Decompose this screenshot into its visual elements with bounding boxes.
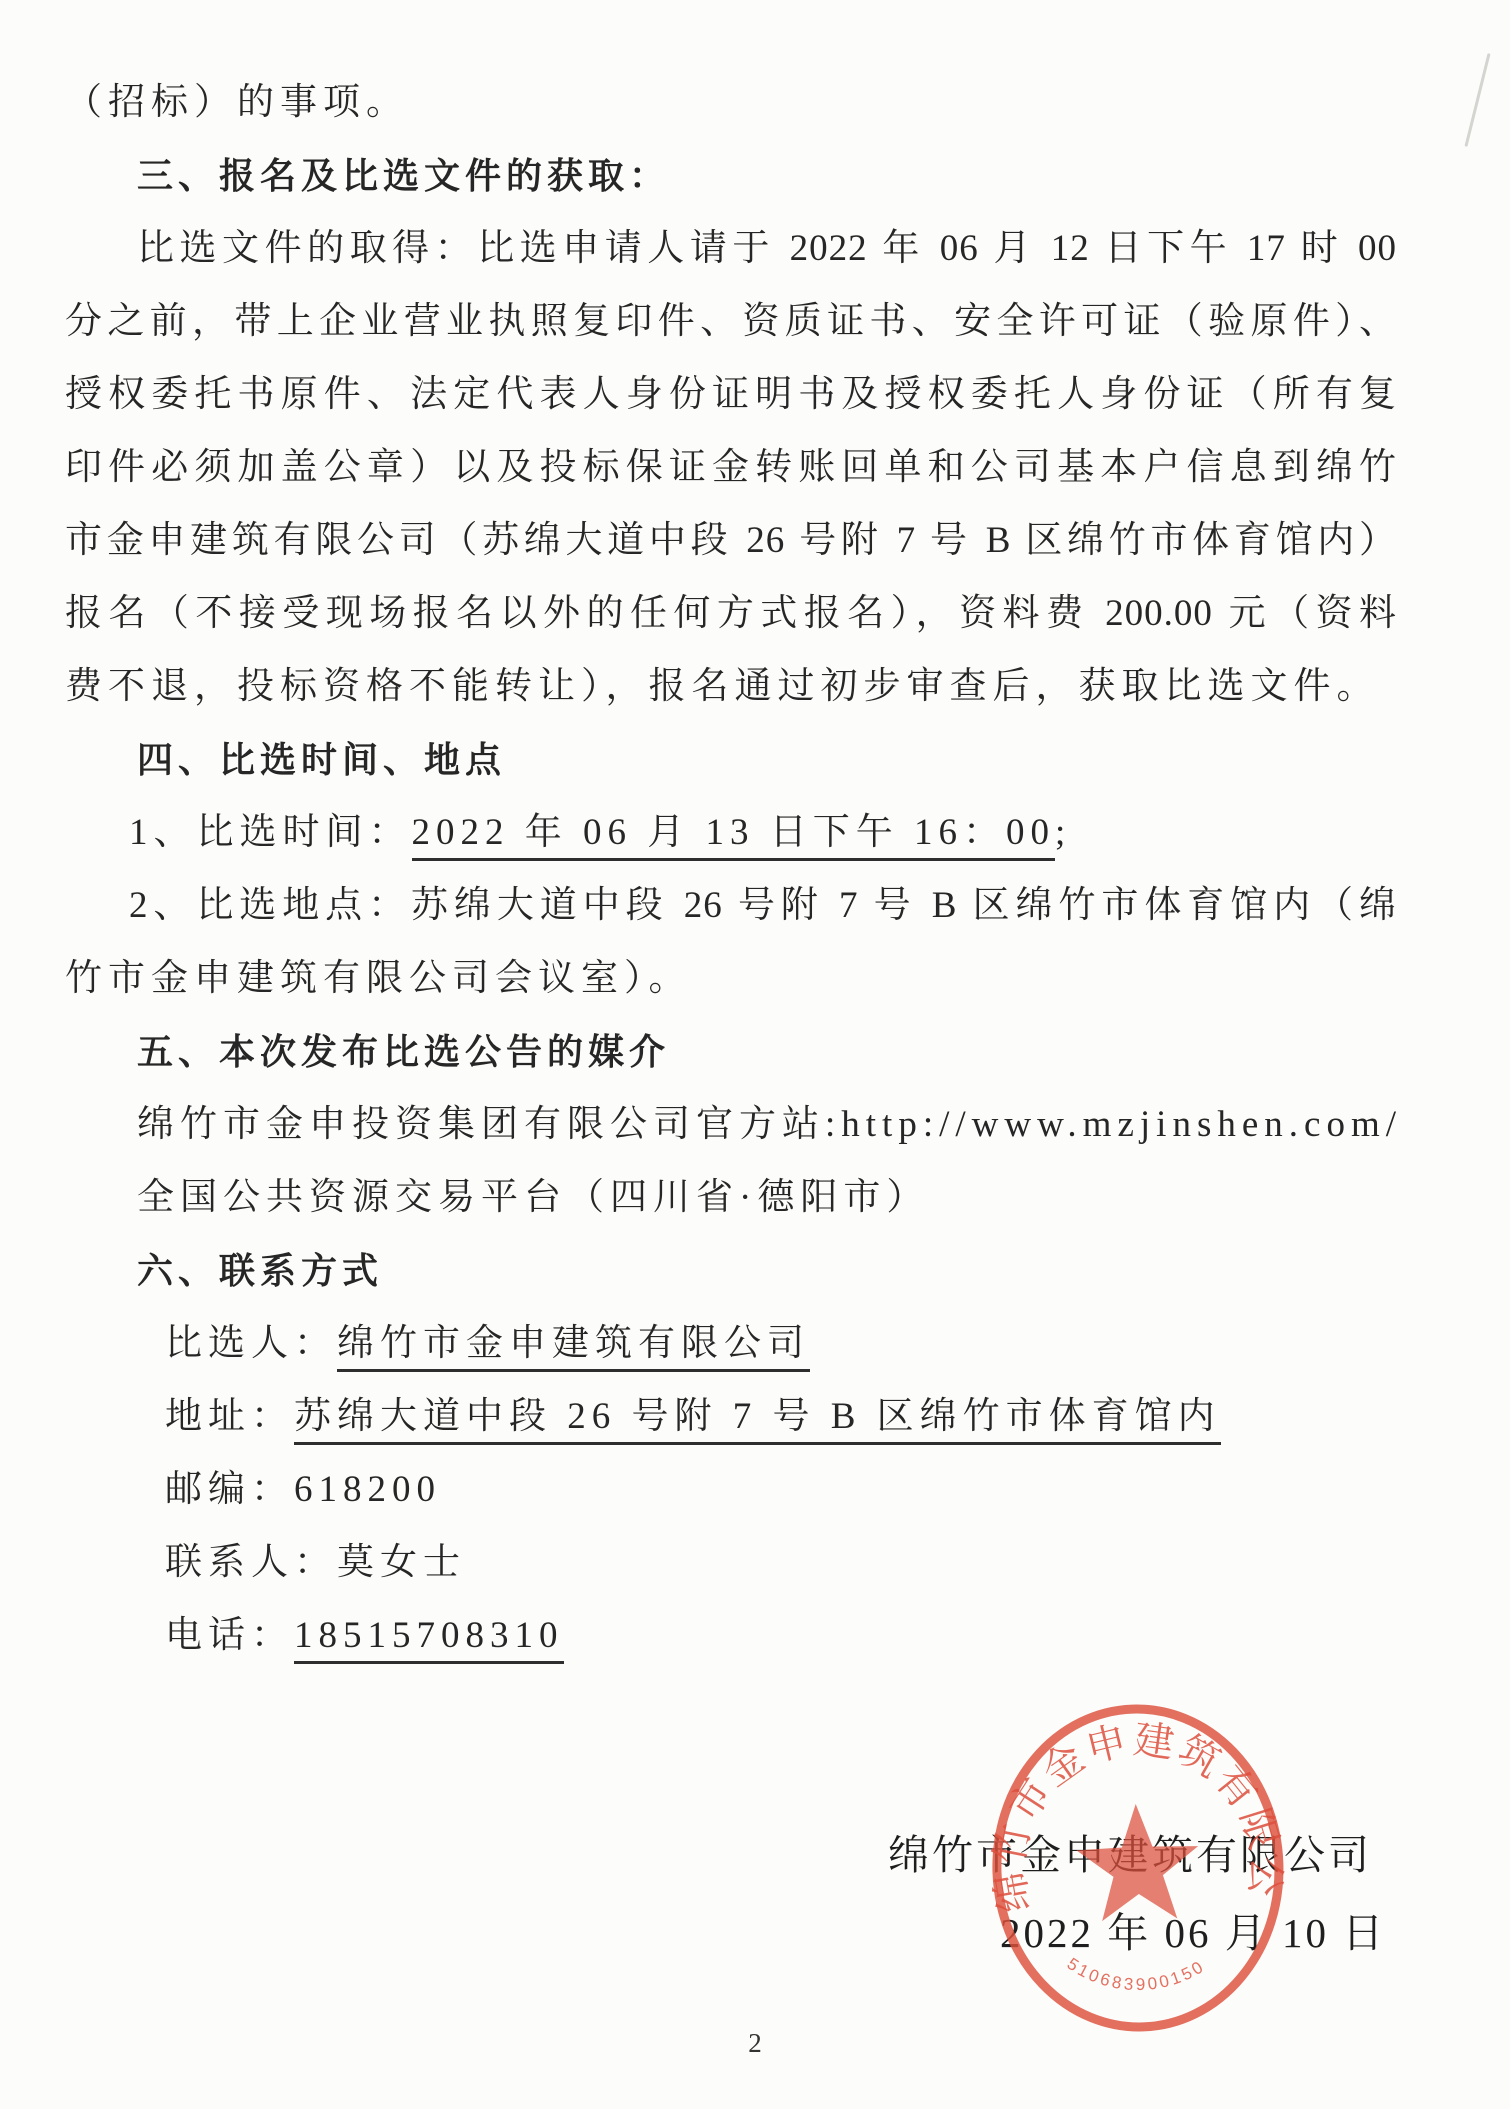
doc-text-line: 1、比选时间：2022 年 06 月 13 日下午 16：00; [65,796,1397,869]
doc-text-line: 市金申建筑有限公司（苏绵大道中段 26 号附 7 号 B 区绵竹市体育馆内） [65,504,1397,577]
doc-text-line: 授权委托书原件、法定代表人身份证明书及授权委托人身份证（所有复 [65,358,1397,431]
doc-text-line: 竹市金申建筑有限公司会议室）。 [65,942,1397,1015]
text-segment: 市金申建筑有限公司（苏绵大道中段 26 号附 7 号 B 区绵竹市体育馆内） [65,520,1397,561]
doc-text-line: 报名（不接受现场报名以外的任何方式报名），资料费 200.00 元（资料 [65,577,1397,650]
doc-text-line: 联系人：莫女士 [65,1526,1397,1599]
text-segment: 四、比选时间、地点 [137,739,506,780]
document-body: （招标）的事项。三、报名及比选文件的获取：比选文件的取得：比选申请人请于 202… [65,66,1397,1672]
text-segment: 竹市金申建筑有限公司会议室）。 [65,958,692,999]
text-segment: 1、比选时间： [129,812,412,853]
underlined-text: 2022 年 06 月 13 日下午 16：00 [412,812,1056,861]
doc-text-line: 邮编：618200 [65,1453,1397,1526]
text-segment: 比选人： [165,1323,337,1364]
text-segment: 比选文件的取得：比选申请人请于 2022 年 06 月 12 日下午 17 时 … [137,228,1397,269]
company-seal-stamp: 绵竹市金申建筑有限公司 510683900150 [982,1695,1294,2045]
doc-heading-line: 三、报名及比选文件的获取： [65,139,1397,212]
text-segment: 联系人：莫女士 [165,1542,466,1583]
doc-text-line: 印件必须加盖公章）以及投标保证金转账回单和公司基本户信息到绵竹 [65,431,1397,504]
doc-text-line: 费不退，投标资格不能转让），报名通过初步审查后，获取比选文件。 [65,650,1397,723]
text-segment: 六、联系方式 [137,1250,383,1291]
text-segment: 全国公共资源交易平台（四川省·德阳市） [137,1177,929,1218]
doc-text-line: 2、比选地点：苏绵大道中段 26 号附 7 号 B 区绵竹市体育馆内（绵 [65,869,1397,942]
text-segment: 地址： [165,1396,294,1437]
text-segment: 绵竹市金申投资集团有限公司官方站:http://www.mzjinshen.co… [137,1104,1402,1145]
text-segment: 印件必须加盖公章）以及投标保证金转账回单和公司基本户信息到绵竹 [65,447,1397,488]
underlined-text: 苏绵大道中段 26 号附 7 号 B 区绵竹市体育馆内 [294,1396,1221,1445]
text-segment: 五、本次发布比选公告的媒介 [137,1031,670,1072]
text-segment: 费不退，投标资格不能转让），报名通过初步审查后，获取比选文件。 [65,666,1380,707]
document-page: （招标）的事项。三、报名及比选文件的获取：比选文件的取得：比选申请人请于 202… [0,0,1510,2109]
doc-text-line: 分之前，带上企业营业执照复印件、资质证书、安全许可证（验原件）、 [65,285,1397,358]
seal-star-icon [1075,1802,1201,1922]
text-segment: ; [1055,812,1071,853]
text-segment: （招标）的事项。 [65,82,409,123]
page-number: 2 [0,2028,1510,2059]
doc-text-line: 电话：18515708310 [65,1599,1397,1672]
scan-artifact [1464,53,1490,147]
doc-heading-line: 五、本次发布比选公告的媒介 [65,1015,1397,1088]
text-segment: 分之前，带上企业营业执照复印件、资质证书、安全许可证（验原件）、 [65,301,1397,342]
doc-text-line: 比选文件的取得：比选申请人请于 2022 年 06 月 12 日下午 17 时 … [65,212,1397,285]
doc-text-line: 地址：苏绵大道中段 26 号附 7 号 B 区绵竹市体育馆内 [65,1380,1397,1453]
doc-text-line: 全国公共资源交易平台（四川省·德阳市） [65,1161,1397,1234]
underlined-text: 18515708310 [294,1615,564,1664]
text-segment: 三、报名及比选文件的获取： [137,155,670,196]
doc-text-line: 比选人：绵竹市金申建筑有限公司 [65,1307,1397,1380]
doc-heading-line: 四、比选时间、地点 [65,723,1397,796]
underlined-text: 绵竹市金申建筑有限公司 [337,1323,810,1372]
doc-heading-line: 六、联系方式 [65,1234,1397,1307]
seal-code-text: 510683900150 [1063,1949,1209,1996]
text-segment: 邮编：618200 [165,1469,441,1510]
text-segment: 电话： [165,1615,294,1656]
text-segment: 授权委托书原件、法定代表人身份证明书及授权委托人身份证（所有复 [65,374,1397,415]
text-segment: 报名（不接受现场报名以外的任何方式报名），资料费 200.00 元（资料 [65,593,1397,634]
text-segment: 2、比选地点：苏绵大道中段 26 号附 7 号 B 区绵竹市体育馆内（绵 [129,885,1397,926]
doc-text-line: （招标）的事项。 [65,66,1397,139]
doc-text-line: 绵竹市金申投资集团有限公司官方站:http://www.mzjinshen.co… [65,1088,1397,1161]
